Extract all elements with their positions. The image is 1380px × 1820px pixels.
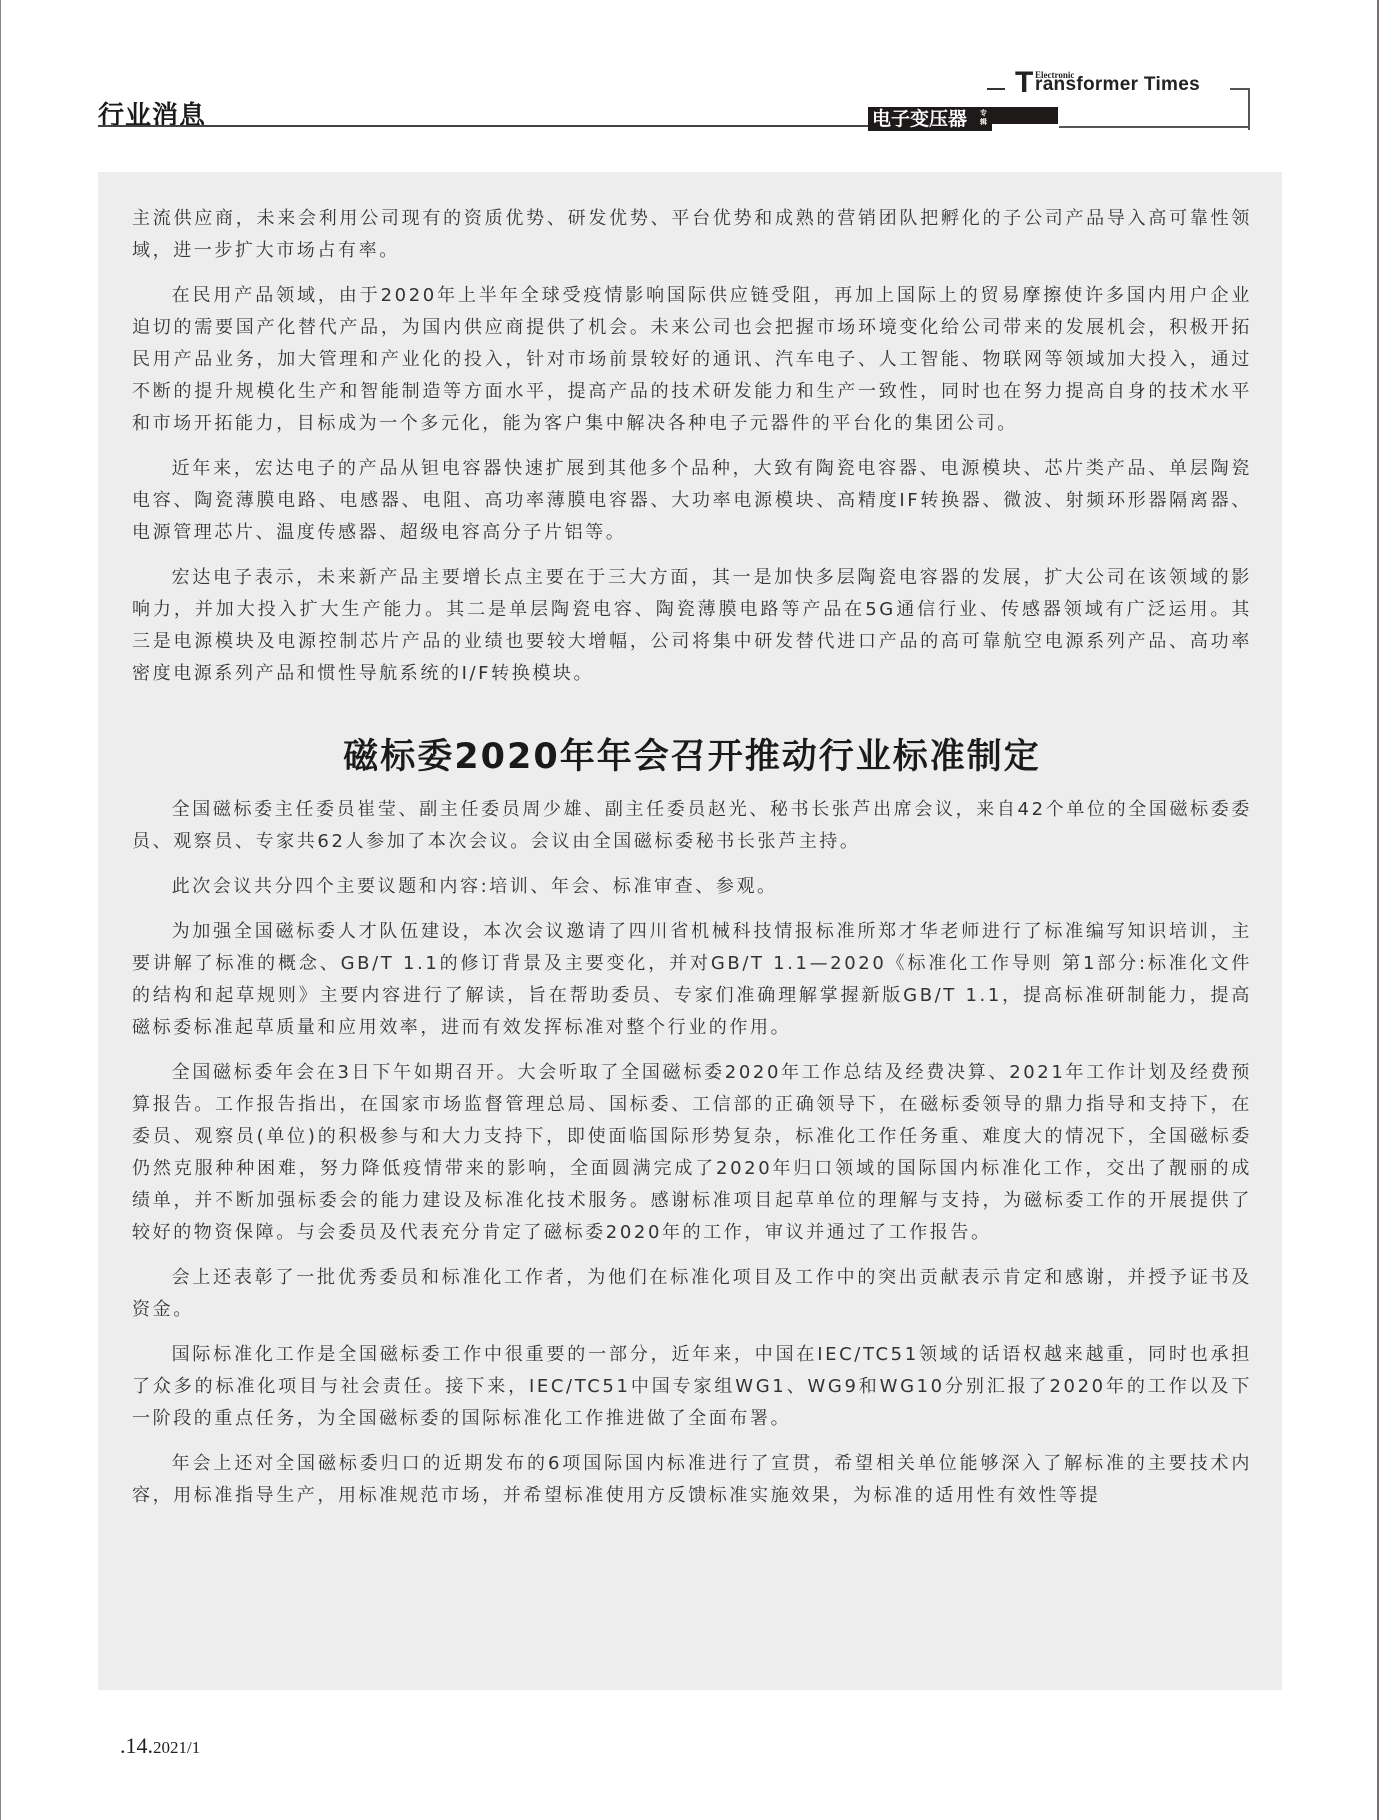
brand-step-decoration [988, 107, 1058, 124]
header-rule [98, 125, 868, 127]
brand-en-initial: T [1015, 66, 1033, 100]
paragraph: 在民用产品领域，由于2020年上半年全球受疫情影响国际供应链受阻，再加上国际上的… [132, 280, 1252, 440]
brand-en-title: ransformer Times [1035, 74, 1200, 96]
paragraph: 主流供应商，未来会利用公司现有的资质优势、研发优势、平台优势和成熟的营销团队把孵… [132, 203, 1252, 267]
brand-cn-mini: 专辑 [980, 109, 988, 127]
brand-logo-cn: 电子变压器 专辑 [868, 107, 992, 131]
brand-dash [987, 88, 1005, 90]
brand-bracket [1230, 88, 1250, 130]
paragraph: 为加强全国磁标委人才队伍建设，本次会议邀请了四川省机械科技情报标准所郑才华老师进… [132, 916, 1252, 1044]
header-rule-right [1059, 126, 1249, 128]
paragraph: 宏达电子表示，未来新产品主要增长点主要在于三大方面，其一是加快多层陶瓷电容器的发… [132, 562, 1252, 690]
page-edge-left [0, 0, 1, 1820]
article-body: 主流供应商，未来会利用公司现有的资质优势、研发优势、平台优势和成熟的营销团队把孵… [132, 203, 1252, 1525]
issue-number: 2021/1 [153, 1738, 200, 1757]
paragraph: 此次会议共分四个主要议题和内容:培训、年会、标准审查、参观。 [132, 871, 1252, 903]
article: 磁标委2020年年会召开推动行业标准制定 全国磁标委主任委员崔莹、副主任委员周少… [132, 732, 1252, 1512]
paragraph: 国际标准化工作是全国磁标委工作中很重要的一部分，近年来，中国在IEC/TC51领… [132, 1339, 1252, 1435]
article-title: 磁标委2020年年会召开推动行业标准制定 [132, 732, 1252, 782]
previous-article-continuation: 主流供应商，未来会利用公司现有的资质优势、研发优势、平台优势和成熟的营销团队把孵… [132, 203, 1252, 690]
paragraph: 年会上还对全国磁标委归口的近期发布的6项国际国内标准进行了宣贯，希望相关单位能够… [132, 1448, 1252, 1512]
paragraph: 全国磁标委年会在3日下午如期召开。大会听取了全国磁标委2020年工作总结及经费决… [132, 1057, 1252, 1249]
brand-cn-text: 电子变压器 [872, 108, 967, 130]
page-edge-right [1377, 0, 1379, 1820]
page-footer: .14.2021/1 [120, 1733, 200, 1759]
paragraph: 近年来，宏达电子的产品从钽电容器快速扩展到其他多个品种，大致有陶瓷电容器、电源模… [132, 453, 1252, 549]
paragraph: 会上还表彰了一批优秀委员和标准化工作者，为他们在标准化项目及工作中的突出贡献表示… [132, 1262, 1252, 1326]
page-number: .14. [120, 1733, 153, 1758]
paragraph: 全国磁标委主任委员崔莹、副主任委员周少雄、副主任委员赵光、秘书长张芦出席会议，来… [132, 794, 1252, 858]
